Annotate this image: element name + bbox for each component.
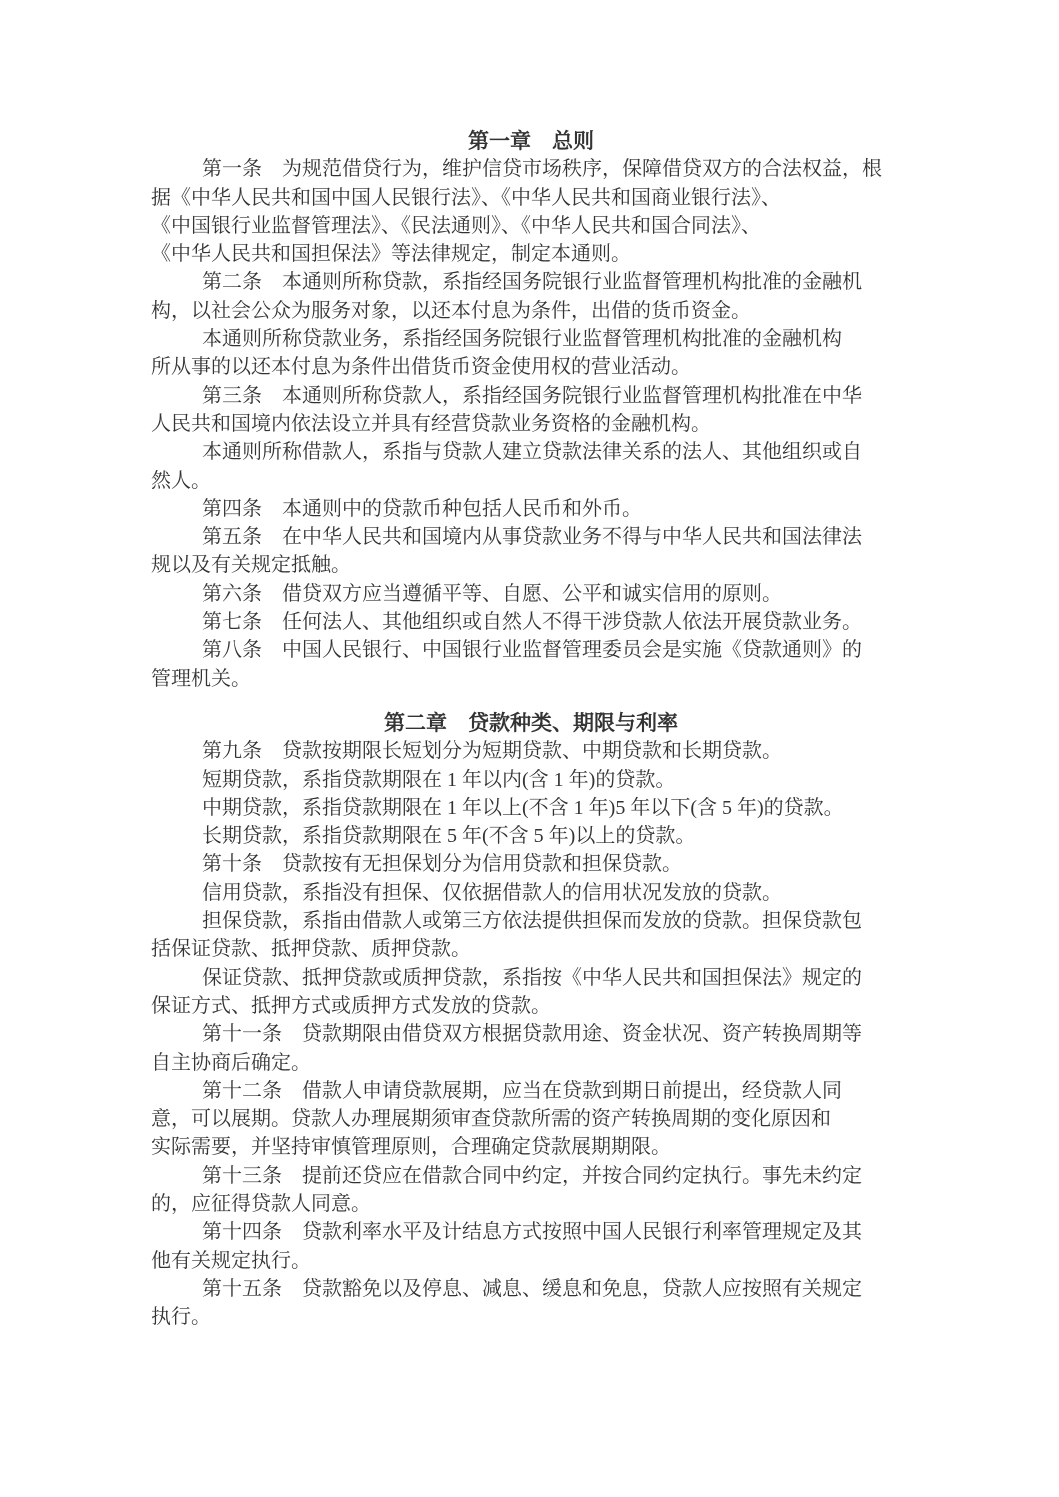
article-10-secured-loan: 担保贷款，系指由借款人或第三方依法提供担保而发放的贷款。担保贷款包 括保证贷款、… — [151, 907, 911, 964]
article-1: 第一条 为规范借贷行为，维护信贷市场秩序，保障借贷双方的合法权益，根 据《中华人… — [151, 155, 911, 268]
article-15: 第十五条 贷款豁免以及停息、减息、缓息和免息，贷款人应按照有关规定 执行。 — [151, 1275, 911, 1332]
document-body: 第一章 总则 第一条 为规范借贷行为，维护信贷市场秩序，保障借贷双方的合法权益，… — [151, 127, 911, 1331]
article-9: 第九条 贷款按期限长短划分为短期贷款、中期贷款和长期贷款。 — [151, 737, 911, 765]
article-10-credit-loan: 信用贷款，系指没有担保、仅依据借款人的信用状况发放的贷款。 — [151, 879, 911, 907]
article-14: 第十四条 贷款利率水平及计结息方式按照中国人民银行利率管理规定及其 他有关规定执… — [151, 1218, 911, 1275]
article-2-cont: 本通则所称贷款业务，系指经国务院银行业监督管理机构批准的金融机构 所从事的以还本… — [151, 325, 911, 382]
article-11: 第十一条 贷款期限由借贷双方根据贷款用途、资金状况、资产转换周期等 自主协商后确… — [151, 1020, 911, 1077]
chapter-1-title: 第一章 总则 — [151, 127, 911, 155]
article-4: 第四条 本通则中的贷款币种包括人民币和外币。 — [151, 495, 911, 523]
chapter-2-title: 第二章 贷款种类、期限与利率 — [151, 709, 911, 737]
article-7: 第七条 任何法人、其他组织或自然人不得干涉贷款人依法开展贷款业务。 — [151, 608, 911, 636]
article-3-cont: 本通则所称借款人，系指与贷款人建立贷款法律关系的法人、其他组织或自 然人。 — [151, 438, 911, 495]
article-12: 第十二条 借款人申请贷款展期，应当在贷款到期日前提出，经贷款人同 意，可以展期。… — [151, 1077, 911, 1162]
article-8: 第八条 中国人民银行、中国银行业监督管理委员会是实施《贷款通则》的 管理机关。 — [151, 636, 911, 693]
article-10: 第十条 贷款按有无担保划分为信用贷款和担保贷款。 — [151, 850, 911, 878]
article-3: 第三条 本通则所称贷款人，系指经国务院银行业监督管理机构批准在中华 人民共和国境… — [151, 382, 911, 439]
article-5: 第五条 在中华人民共和国境内从事贷款业务不得与中华人民共和国法律法 规以及有关规… — [151, 523, 911, 580]
article-9-mid-term: 中期贷款，系指贷款期限在 1 年以上(不含 1 年)5 年以下(含 5 年)的贷… — [151, 794, 911, 822]
article-9-short-term: 短期贷款，系指贷款期限在 1 年以内(含 1 年)的贷款。 — [151, 766, 911, 794]
document-page: 第一章 总则 第一条 为规范借贷行为，维护信贷市场秩序，保障借贷双方的合法权益，… — [0, 0, 1059, 1497]
article-9-long-term: 长期贷款，系指贷款期限在 5 年(不含 5 年)以上的贷款。 — [151, 822, 911, 850]
article-10-guarantee-loan: 保证贷款、抵押贷款或质押贷款，系指按《中华人民共和国担保法》规定的 保证方式、抵… — [151, 964, 911, 1021]
article-6: 第六条 借贷双方应当遵循平等、自愿、公平和诚实信用的原则。 — [151, 580, 911, 608]
article-13: 第十三条 提前还贷应在借款合同中约定，并按合同约定执行。事先未约定 的，应征得贷… — [151, 1162, 911, 1219]
article-2: 第二条 本通则所称贷款，系指经国务院银行业监督管理机构批准的金融机 构，以社会公… — [151, 268, 911, 325]
